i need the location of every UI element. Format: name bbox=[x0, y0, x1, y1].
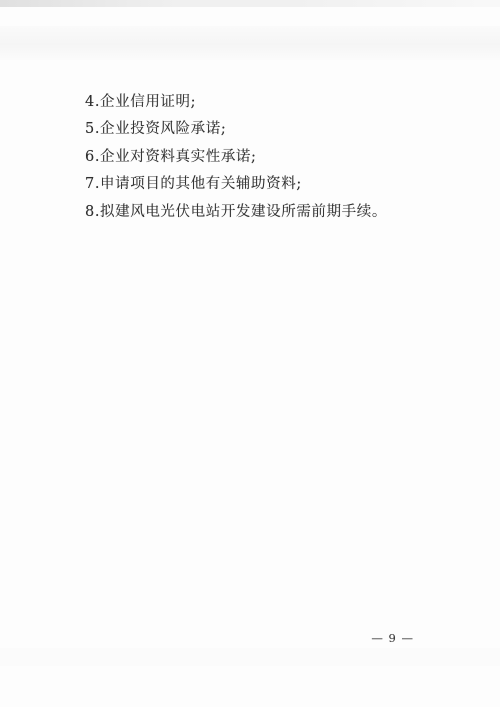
list-item: 7.申请项目的其他有关辅助资料; bbox=[85, 171, 387, 198]
list-item: 4.企业信用证明; bbox=[85, 89, 387, 116]
list-item: 6.企业对资料真实性承诺; bbox=[85, 144, 387, 171]
list-item: 5.企业投资风险承诺; bbox=[85, 116, 387, 143]
scan-artifact-top-edge bbox=[0, 0, 500, 7]
page-number: — 9 — bbox=[371, 631, 414, 645]
scan-artifact-smudge bbox=[0, 648, 500, 666]
scan-artifact-smudge bbox=[0, 26, 500, 60]
document-page: 4.企业信用证明; 5.企业投资风险承诺; 6.企业对资料真实性承诺; 7.申请… bbox=[0, 0, 500, 707]
page-footer: — 9 — bbox=[371, 627, 414, 646]
document-body: 4.企业信用证明; 5.企业投资风险承诺; 6.企业对资料真实性承诺; 7.申请… bbox=[85, 89, 387, 226]
list-item: 8.拟建风电光伏电站开发建设所需前期手续。 bbox=[85, 199, 387, 226]
